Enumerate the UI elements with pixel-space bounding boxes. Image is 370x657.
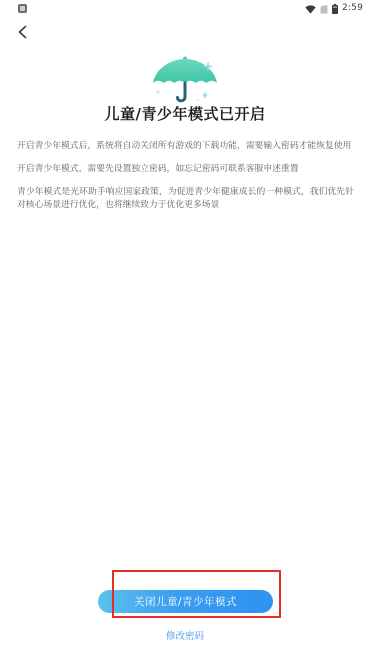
- status-bar: 2:59: [0, 0, 370, 16]
- hero-icon-wrap: [0, 54, 370, 104]
- back-button[interactable]: [11, 20, 35, 44]
- description-paragraph: 开启青少年模式，需要先设置独立密码，如忘记密码可联系客服申述重置: [17, 163, 354, 176]
- sim-icon: [320, 0, 328, 18]
- battery-icon: [332, 0, 338, 18]
- close-youth-mode-button[interactable]: 关闭儿童/青少年模式: [98, 590, 273, 613]
- change-password-link[interactable]: 修改密码: [0, 628, 370, 642]
- umbrella-icon: [142, 54, 228, 104]
- description-paragraph: 青少年模式是光环助手响应国家政策，为促进青少年健康成长的一种模式，我们优先针对核…: [17, 186, 354, 212]
- status-time: 2:59: [342, 3, 363, 13]
- status-icons: 2:59: [305, 0, 363, 18]
- page-title: 儿童/青少年模式已开启: [0, 103, 370, 124]
- app-notification-icon: [18, 4, 27, 13]
- youth-mode-screen: 2:59 儿童/: [0, 0, 370, 657]
- notification-area: [18, 4, 27, 13]
- description-paragraph: 开启青少年模式后，系统将自动关闭所有游戏的下载功能，需要输入密码才能恢复使用: [17, 140, 354, 153]
- chevron-left-icon: [15, 24, 31, 40]
- description-block: 开启青少年模式后，系统将自动关闭所有游戏的下载功能，需要输入密码才能恢复使用 开…: [17, 140, 354, 222]
- wifi-icon: [305, 0, 316, 18]
